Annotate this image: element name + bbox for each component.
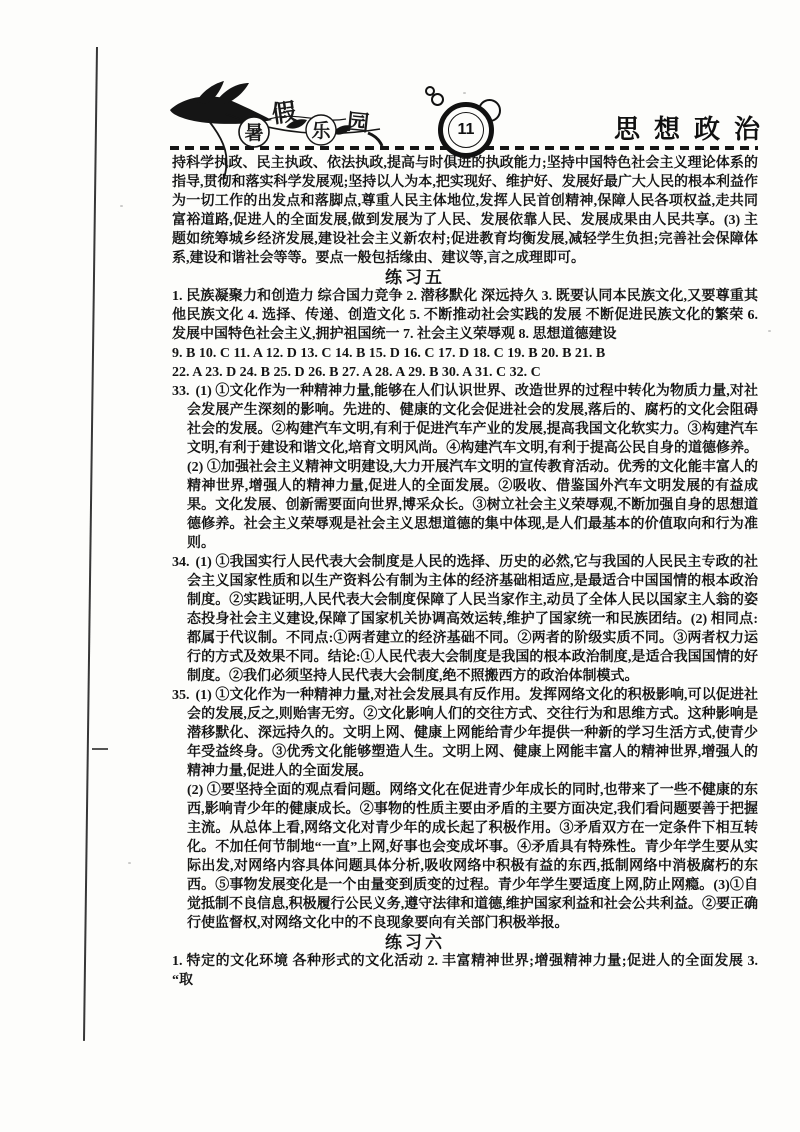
scan-speck xyxy=(768,330,771,332)
question-number: 34. xyxy=(172,555,190,570)
answer-text: (1) ①文化作为一种精神力量,对社会发展具有反作用。发挥网络文化的积极影响,可… xyxy=(187,688,758,779)
scan-speck xyxy=(128,862,131,864)
logo-char: 乐 xyxy=(311,120,331,142)
answer-key-content: 持科学执政、民主执政、依法执政,提高与时俱进的执政能力;坚持中国特色社会主义理论… xyxy=(172,154,758,990)
exercise6-fill-answers: 1. 特定的文化环境 各种形式的文化活动 2. 丰富精神世界;增强精神力量;促进… xyxy=(172,952,758,990)
answer-item-34: 34.(1) ①我国实行人民代表大会制度是人民的选择、历史的必然,它与我国的人民… xyxy=(172,553,758,686)
page-number-circle: 11 xyxy=(438,102,494,158)
answer-item-35-part2: (2) ①要坚持全面的观点看问题。网络文化在促进青少年成长的同时,也带来了一些不… xyxy=(172,781,758,933)
scan-tick-mark xyxy=(92,748,108,750)
scan-edge-line xyxy=(83,47,98,1041)
logo-char: 园 xyxy=(346,109,371,136)
logo-char: 假 xyxy=(270,97,298,128)
scan-speck xyxy=(120,205,123,207)
scanned-workbook-page: 暑 假 乐 园 11 思想政治 持科学执政、民主执政、依法执政,提高与时俱进的执… xyxy=(0,0,800,1132)
badge-bubble-icon xyxy=(431,93,444,106)
page-number-badge: 11 xyxy=(424,86,502,154)
logo-char: 暑 xyxy=(244,122,263,144)
answer-item-35: 35.(1) ①文化作为一种精神力量,对社会发展具有反作用。发挥网络文化的积极影… xyxy=(172,686,758,781)
answer-text: (1) ①我国实行人民代表大会制度是人民的选择、历史的必然,它与我国的人民民主专… xyxy=(187,555,758,684)
subject-title: 思想政治 xyxy=(614,109,774,146)
exercise5-heading: 练习五 xyxy=(172,268,758,287)
exercise5-fill-answers: 1. 民族凝聚力和创造力 综合国力竞争 2. 潜移默化 深远持久 3. 既要认同… xyxy=(172,287,758,344)
question-number: 33. xyxy=(172,384,190,399)
intro-paragraph: 持科学执政、民主执政、依法执政,提高与时俱进的执政能力;坚持中国特色社会主义理论… xyxy=(172,154,758,268)
exercise5-choice-answers-line1: 9. B 10. C 11. A 12. D 13. C 14. B 15. D… xyxy=(172,344,758,363)
answer-text: (1) ①文化作为一种精神力量,能够在人们认识世界、改造世界的过程中转化为物质力… xyxy=(187,384,758,551)
page-number: 11 xyxy=(448,112,484,148)
logo-vine xyxy=(368,133,382,146)
question-number: 35. xyxy=(172,688,190,703)
logo-leaf-icon xyxy=(218,83,249,104)
exercise5-choice-answers-line2: 22. A 23. D 24. B 25. D 26. B 27. A 28. … xyxy=(172,363,758,382)
answer-item-33: 33.(1) ①文化作为一种精神力量,能够在人们认识世界、改造世界的过程中转化为… xyxy=(172,382,758,553)
exercise6-heading: 练习六 xyxy=(172,933,758,952)
